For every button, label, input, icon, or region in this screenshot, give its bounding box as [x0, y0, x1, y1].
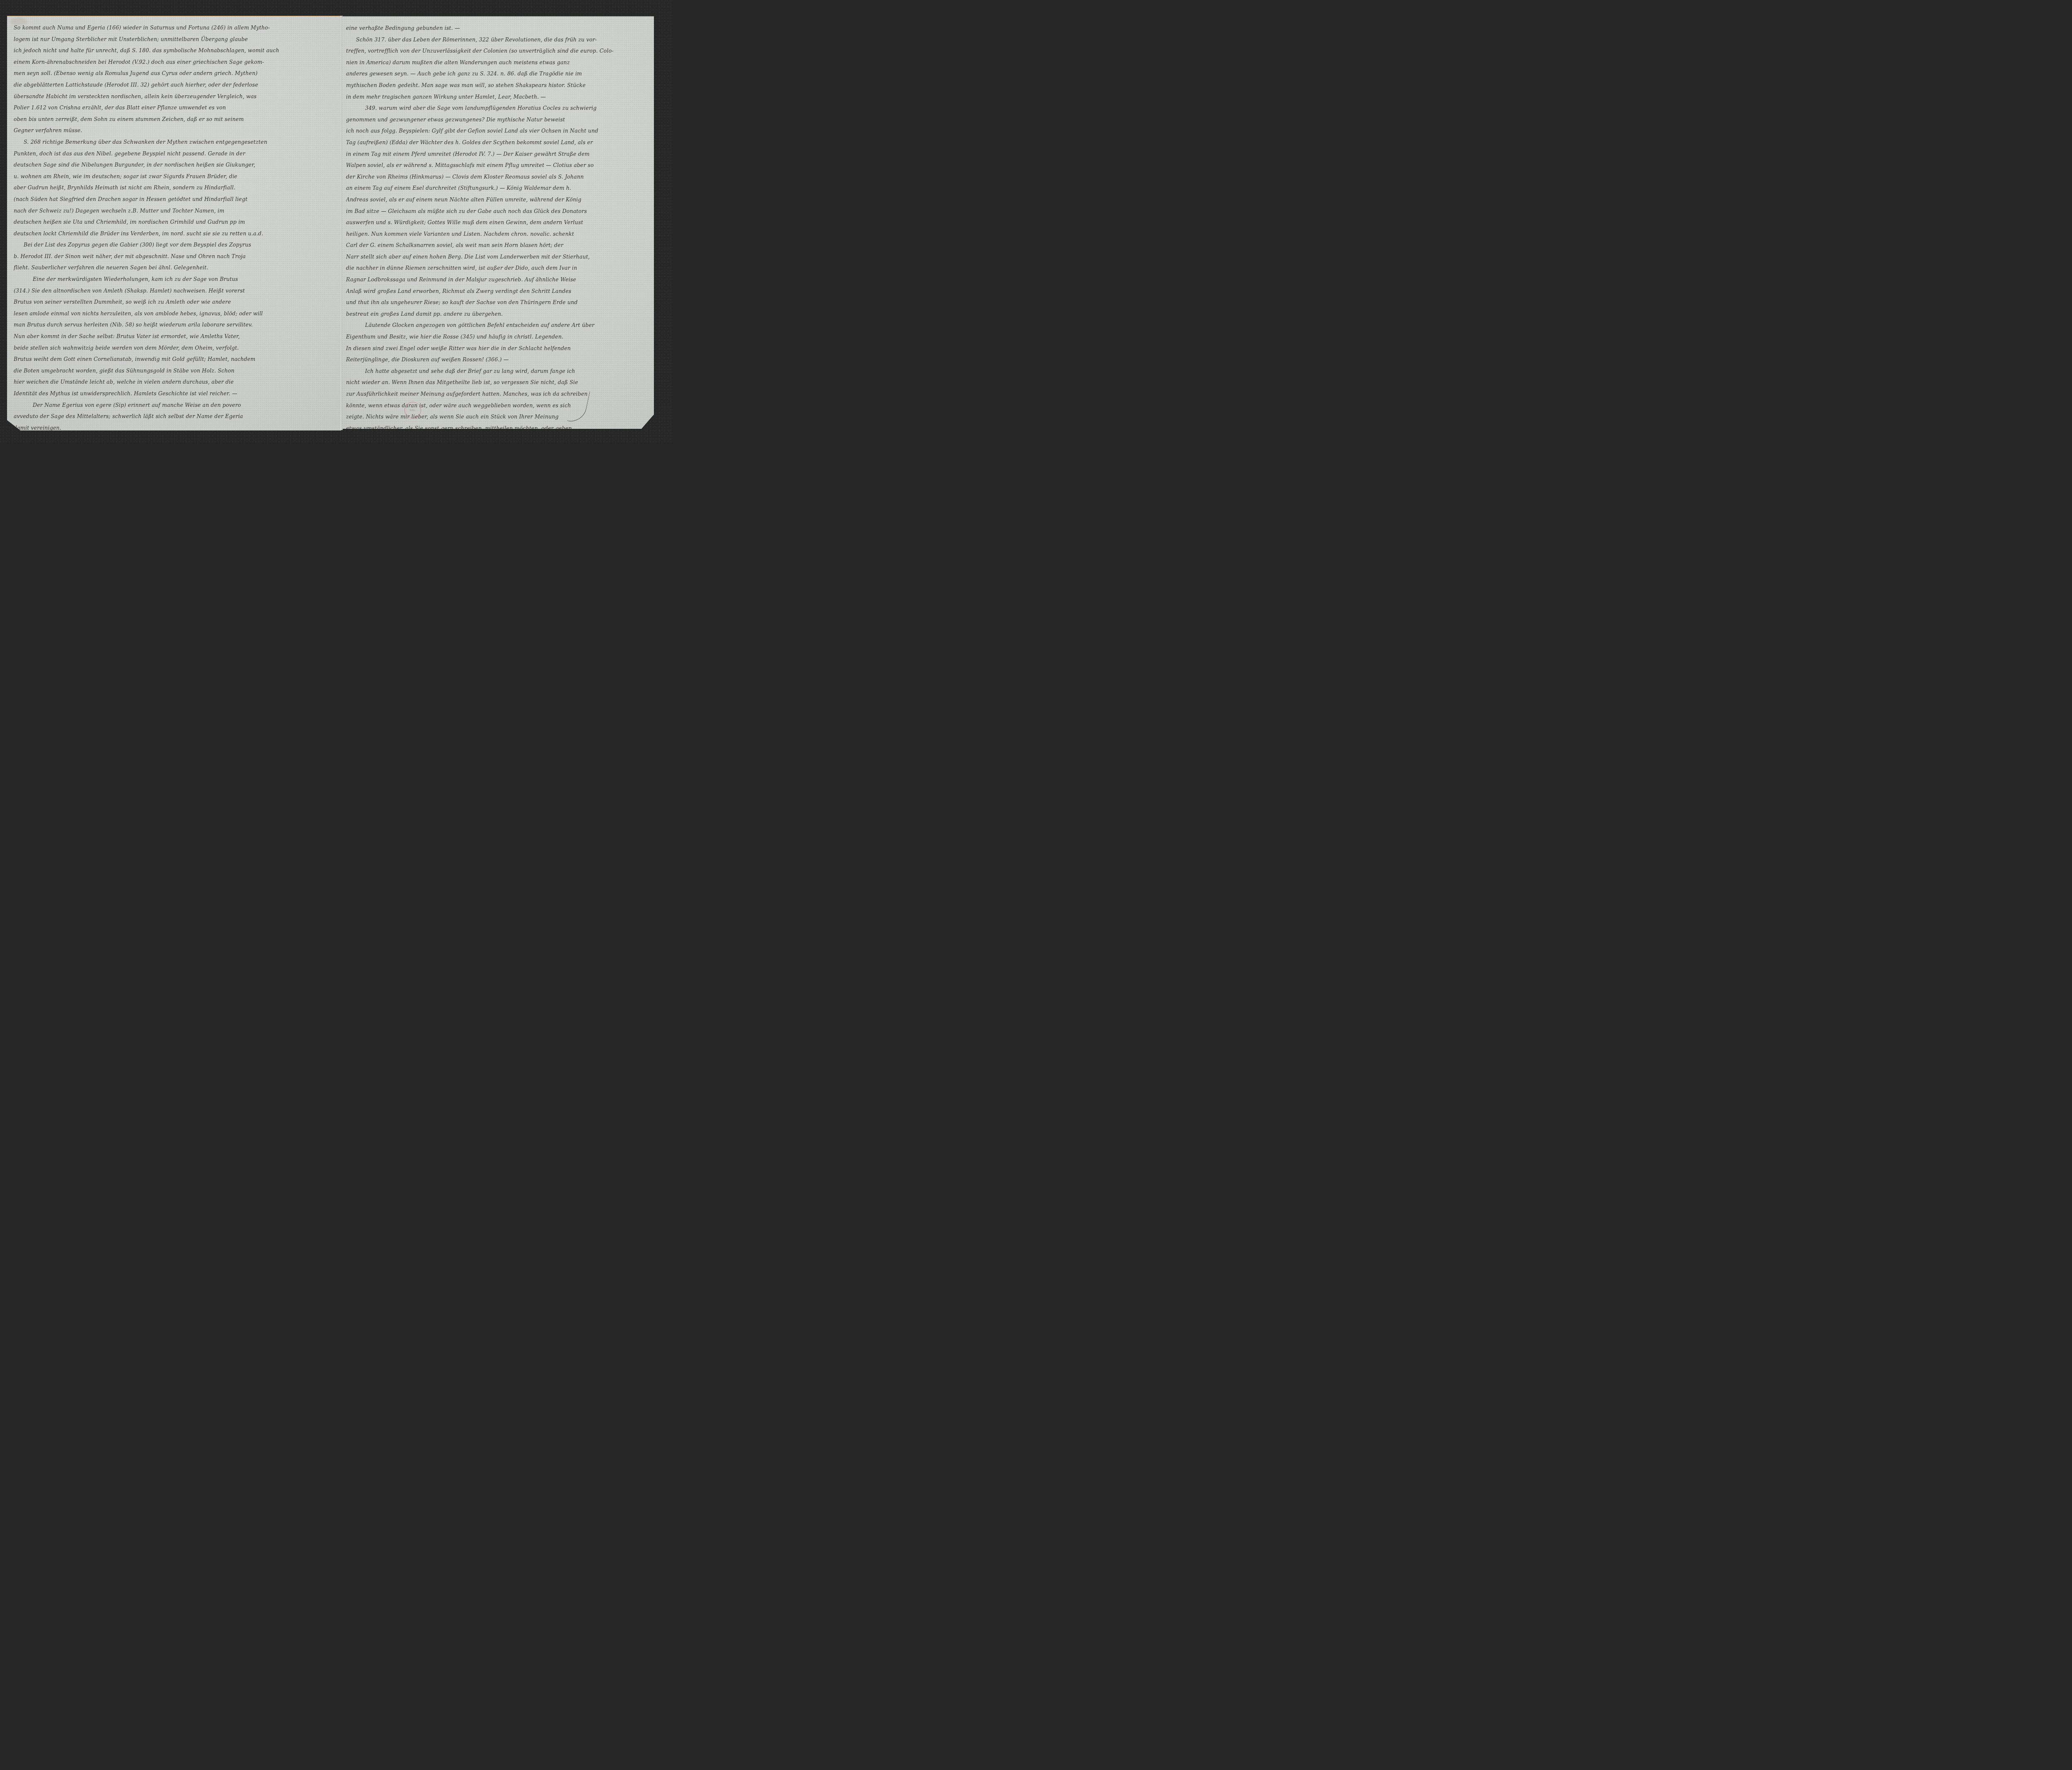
text-line: Carl der G. einem Schalksnarren soviel, … [346, 239, 647, 251]
text-line: Eine der merkwürdigsten Wiederholungen, … [14, 273, 334, 285]
letter-page-right: eine verhaßte Bedingung gebunden ist. — … [342, 16, 654, 429]
text-line: hier weichen die Umstände leicht ab, wel… [14, 376, 334, 388]
text-line: Tag (aufreißen) (Edda) der Wächter des h… [346, 136, 647, 149]
text-line: deutschen heißen sie Uta und Chriemhild,… [14, 216, 334, 228]
text-line: deutschen lockt Chriemhild die Brüder in… [14, 227, 334, 240]
text-line: nach der Schweiz zu!) Dagegen wechseln z… [14, 204, 334, 217]
text-line: etwas umständlicher, als Sie sonst gern … [346, 422, 647, 429]
text-line: in einem Tag mit einem Pferd umreitet (H… [346, 147, 647, 160]
text-line: übersandte Habicht im versteckten nordis… [14, 90, 334, 102]
text-line: der Kirche von Rheims (Hinkmarus) — Clov… [346, 171, 647, 183]
text-line: Läutende Glocken angezogen von göttliche… [346, 319, 647, 331]
text-line: nien in America) darum mußten die alten … [346, 56, 647, 69]
text-line: einem Korn-ährenabschneiden bei Herodot … [14, 56, 334, 68]
text-line: in dem mehr tragischen ganzen Wirkung un… [346, 90, 647, 103]
text-line: Walpen soviel, als er während s. Mittags… [346, 159, 647, 172]
text-line: Reiterjünglinge, die Dioskuren auf weiße… [346, 353, 647, 366]
text-line: So kommt auch Numa und Egeria (166) wied… [14, 22, 334, 34]
text-line: an einem Tag auf einem Esel durchreitet … [346, 182, 647, 194]
text-line: könnte, wenn etwas daran ist, oder wäre … [346, 399, 647, 411]
text-line: In diesen sind zwei Engel oder weiße Rit… [346, 342, 647, 355]
text-line: auswerfen und s. Würdigkeit; Gottes Will… [346, 216, 647, 229]
text-line: u. wohnen am Rhein, wie im deutschen; so… [14, 170, 334, 183]
text-line: ich jedoch nicht und halte für unrecht, … [14, 44, 334, 57]
text-line: Brutus weiht dem Gott einen Corneliansta… [14, 353, 334, 365]
text-line: Ragnar Lodbrokssaga und Reinmund in der … [346, 273, 647, 286]
text-line: genommen und gezwungener etwas gezwungen… [346, 114, 647, 126]
text-line: nicht wieder an. Wenn Ihnen das Mitgethe… [346, 376, 647, 389]
text-line: Schön 317. über das Leben der Römerinnen… [346, 33, 647, 46]
text-line: treffen, vortrefflich von der Unzuverläs… [346, 45, 647, 57]
text-line: heiligen. Nun kommen viele Varianten und… [346, 228, 647, 240]
text-line: Ich hatte abgesetzt und sehe daß der Bri… [346, 365, 647, 377]
text-line: Brutus von seiner verstellten Dummheit, … [14, 296, 334, 308]
text-line: Anlaß wird großes Land erworben, Richmut… [346, 285, 647, 297]
text-line: S. 268 richtige Bemerkung über das Schwa… [14, 136, 334, 148]
text-line: avveduto der Sage des Mittelalters; schw… [14, 410, 334, 423]
text-line: deutschen Sage sind die Nibelungen Burgu… [14, 159, 334, 171]
text-line: 349. warum wird aber die Sage vom landum… [346, 102, 647, 114]
text-line: ich noch aus folgg. Beyspielen: Gylf gib… [346, 125, 647, 137]
text-line: Narr stellt sich aber auf einen hohen Be… [346, 251, 647, 263]
text-line: oben bis unten zerreißt, dem Sohn zu ein… [14, 113, 334, 126]
text-line: Punkten, doch ist das aus den Nibel. geg… [14, 147, 334, 160]
text-line: anderes gewesen seyn. — Auch gebe ich ga… [346, 68, 647, 80]
text-line: damit vereinigen. [14, 422, 334, 430]
text-line: die abgeblätterten Lattichstaude (Herodo… [14, 79, 334, 91]
text-line: b. Herodot III. der Sinon weit näher, de… [14, 250, 334, 263]
text-line: Nun aber kommt in der Sache selbst: Brut… [14, 330, 334, 343]
letter-page-left: So kommt auch Numa und Egeria (166) wied… [7, 16, 341, 430]
text-line: (nach Süden hat Siegfried den Drachen so… [14, 193, 334, 206]
library-stamp-icon: BIBL. [404, 402, 421, 418]
text-line: eine verhaßte Bedingung gebunden ist. — [346, 22, 647, 34]
text-line: man Brutus durch servus herleiten (Nib. … [14, 319, 334, 331]
text-line: im Bad sitze — Gleichsam als müßte sich … [346, 205, 647, 217]
text-line: Der Name Egerius von egere (Sip) erinner… [14, 399, 334, 411]
text-line: flieht. Sauberlicher verfahren die neuer… [14, 261, 334, 274]
text-line: die nachher in dünne Riemen zerschnitten… [346, 262, 647, 274]
text-line: Identität des Mythus ist unwidersprechli… [14, 387, 334, 400]
text-line: (314.) Sie den altnordischen von Amleth … [14, 285, 334, 297]
text-line: bestreut ein großes Land damit pp. ander… [346, 308, 647, 320]
right-page-text: eine verhaßte Bedingung gebunden ist. — … [342, 17, 654, 429]
text-line: und thut ihn als ungeheurer Riese; so ka… [346, 296, 647, 309]
text-line: mythischen Boden gedeiht. Man sage was m… [346, 79, 647, 92]
text-line: aber Gudrun heißt, Brynhilds Heimath ist… [14, 181, 334, 194]
text-line: die Boten umgebracht worden, gießt das S… [14, 365, 334, 377]
text-line: Gegner verfahren müsse. [14, 124, 334, 137]
left-page-text: So kommt auch Numa und Egeria (166) wied… [7, 16, 341, 430]
text-line: zeigte. Nichts wäre mir lieber, als wenn… [346, 411, 647, 423]
text-line: Polier 1.612 von Crishna erzählt, der da… [14, 102, 334, 114]
text-line: Eigenthum und Besitz, wie hier die Rosse… [346, 331, 647, 343]
text-line: zur Ausführlichkeit meiner Meinung aufge… [346, 388, 647, 400]
text-line: Andreas soviel, als er auf einem neun Nä… [346, 193, 647, 206]
stamp-text: BIBL. [409, 409, 416, 412]
text-line: beide stellen sich wahnwitzig beide werd… [14, 342, 334, 354]
text-line: lesen amlode einmal von nichts herzuleit… [14, 307, 334, 320]
text-line: men seyn soll. (Ebenso wenig als Romulus… [14, 67, 334, 80]
text-line: Bei der List des Zopyrus gegen die Gabie… [14, 239, 334, 251]
text-line: logem ist nur Umgang Sterblicher mit Uns… [14, 33, 334, 45]
